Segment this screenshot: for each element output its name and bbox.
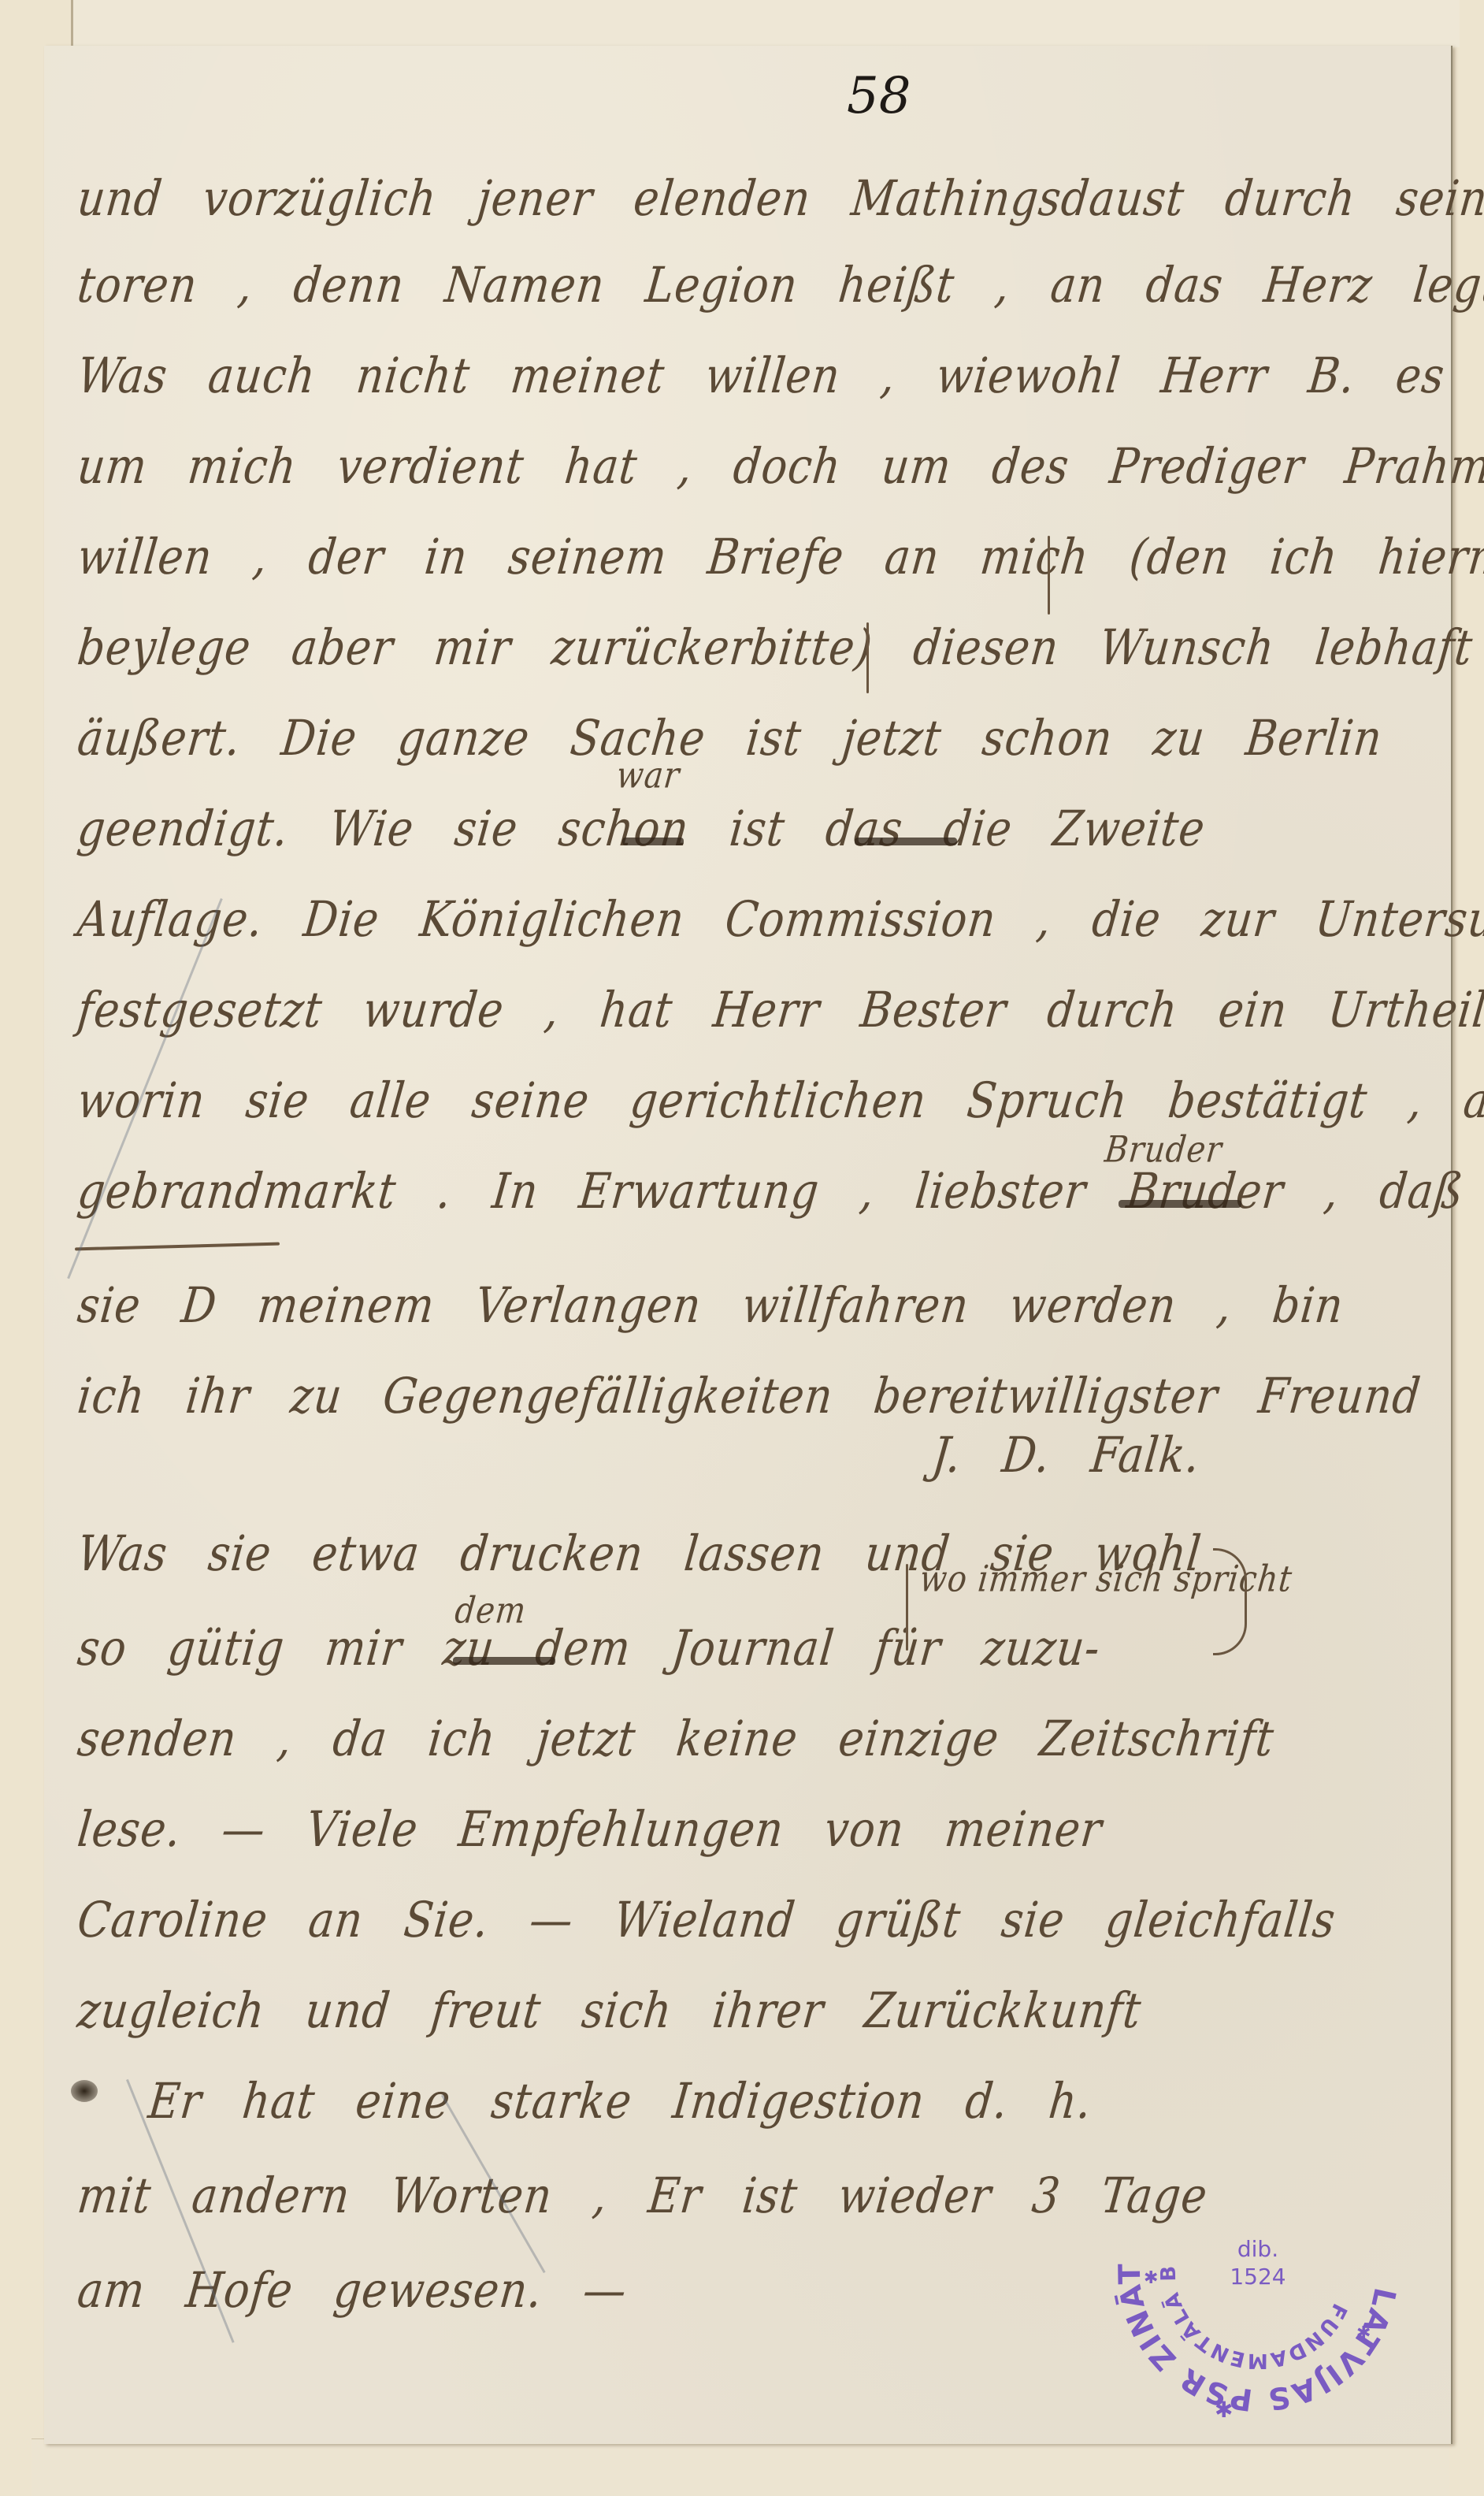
manuscript-line: am Hofe gewesen. — xyxy=(75,2262,629,2319)
manuscript-line: Auflage. Die Königlichen Commission , di… xyxy=(75,891,1484,948)
page-number: 58 xyxy=(847,67,911,125)
manuscript-line: beylege aber mir zurückerbitte) diesen W… xyxy=(75,619,1475,676)
stamp-number: 1524 xyxy=(1104,2264,1412,2290)
ink-blot xyxy=(71,2080,98,2102)
strike-through-mark xyxy=(453,1657,555,1665)
backing-sheet xyxy=(71,0,1460,47)
manuscript-line: und vorzüglich jener elenden Mathingsdau… xyxy=(75,170,1484,227)
manuscript-line: geendigt. Wie sie schon ist das die Zwei… xyxy=(75,800,1208,857)
manuscript-line: lese. — Viele Empfehlungen von meiner xyxy=(75,1801,1105,1858)
manuscript-line: festgesetzt wurde , hat Herr Bester durc… xyxy=(75,982,1484,1038)
strike-through-mark xyxy=(1119,1200,1241,1208)
manuscript-line: zugleich und freut sich ihrer Zurückkunf… xyxy=(75,1982,1145,2039)
manuscript-line: Was auch nicht meinet willen , wiewohl H… xyxy=(75,347,1484,404)
manuscript-line: worin sie alle seine gerichtlichen Spruc… xyxy=(75,1072,1484,1129)
star-icon-2: ✱ xyxy=(1356,2323,1371,2343)
manuscript-line: sie D meinem Verlangen willfahren werden… xyxy=(75,1277,1346,1334)
manuscript-line: ich ihr zu Gegengefälligkeiten bereitwil… xyxy=(75,1368,1423,1424)
manuscript-line: so gütig mir zu dem Journal für zuzu- xyxy=(75,1620,1103,1677)
bracket-stroke xyxy=(906,1564,908,1651)
underlying-sheet xyxy=(32,2438,1449,2496)
stamp-label: dib. xyxy=(1104,2236,1412,2262)
interlinear-word: Bruder xyxy=(1103,1129,1224,1171)
strike-through-mark xyxy=(622,838,684,845)
manuscript-line: mit andern Worten , Er ist wieder 3 Tage xyxy=(75,2167,1211,2224)
strike-through-mark xyxy=(855,838,957,845)
manuscript-line: senden , da ich jetzt keine einzige Zeit… xyxy=(75,1710,1277,1767)
manuscript-line: gebrandmarkt . In Erwartung , liebster B… xyxy=(75,1163,1467,1220)
manuscript-line: äußert. Die ganze Sache ist jetzt schon … xyxy=(75,710,1386,767)
manuscript-line: toren , denn Namen Legion heißt , an das… xyxy=(75,257,1484,314)
star-icon-3: ✱ xyxy=(1215,2397,1233,2423)
insertion-bracket xyxy=(1213,1548,1247,1655)
library-stamp: LATVIJAS PSR ZINĀTŅU AKADĒMIJA FUNDAMENT… xyxy=(1104,2118,1412,2425)
manuscript-line: Caroline an Sie. — Wieland grüßt sie gle… xyxy=(75,1892,1338,1948)
bracket-stroke-3 xyxy=(1048,536,1050,615)
manuscript-line: J. D. Falk. xyxy=(929,1427,1203,1484)
interlinear-word: dem xyxy=(453,1590,529,1632)
manuscript-line: Er hat eine starke Indigestion d. h. xyxy=(146,2073,1095,2130)
manuscript-line: um mich verdient hat , doch um des Predi… xyxy=(75,438,1484,495)
bracket-stroke-2 xyxy=(866,622,869,693)
interlinear-word: war xyxy=(614,755,682,797)
manuscript-line: willen , der in seinem Briefe an mich (d… xyxy=(75,529,1484,585)
